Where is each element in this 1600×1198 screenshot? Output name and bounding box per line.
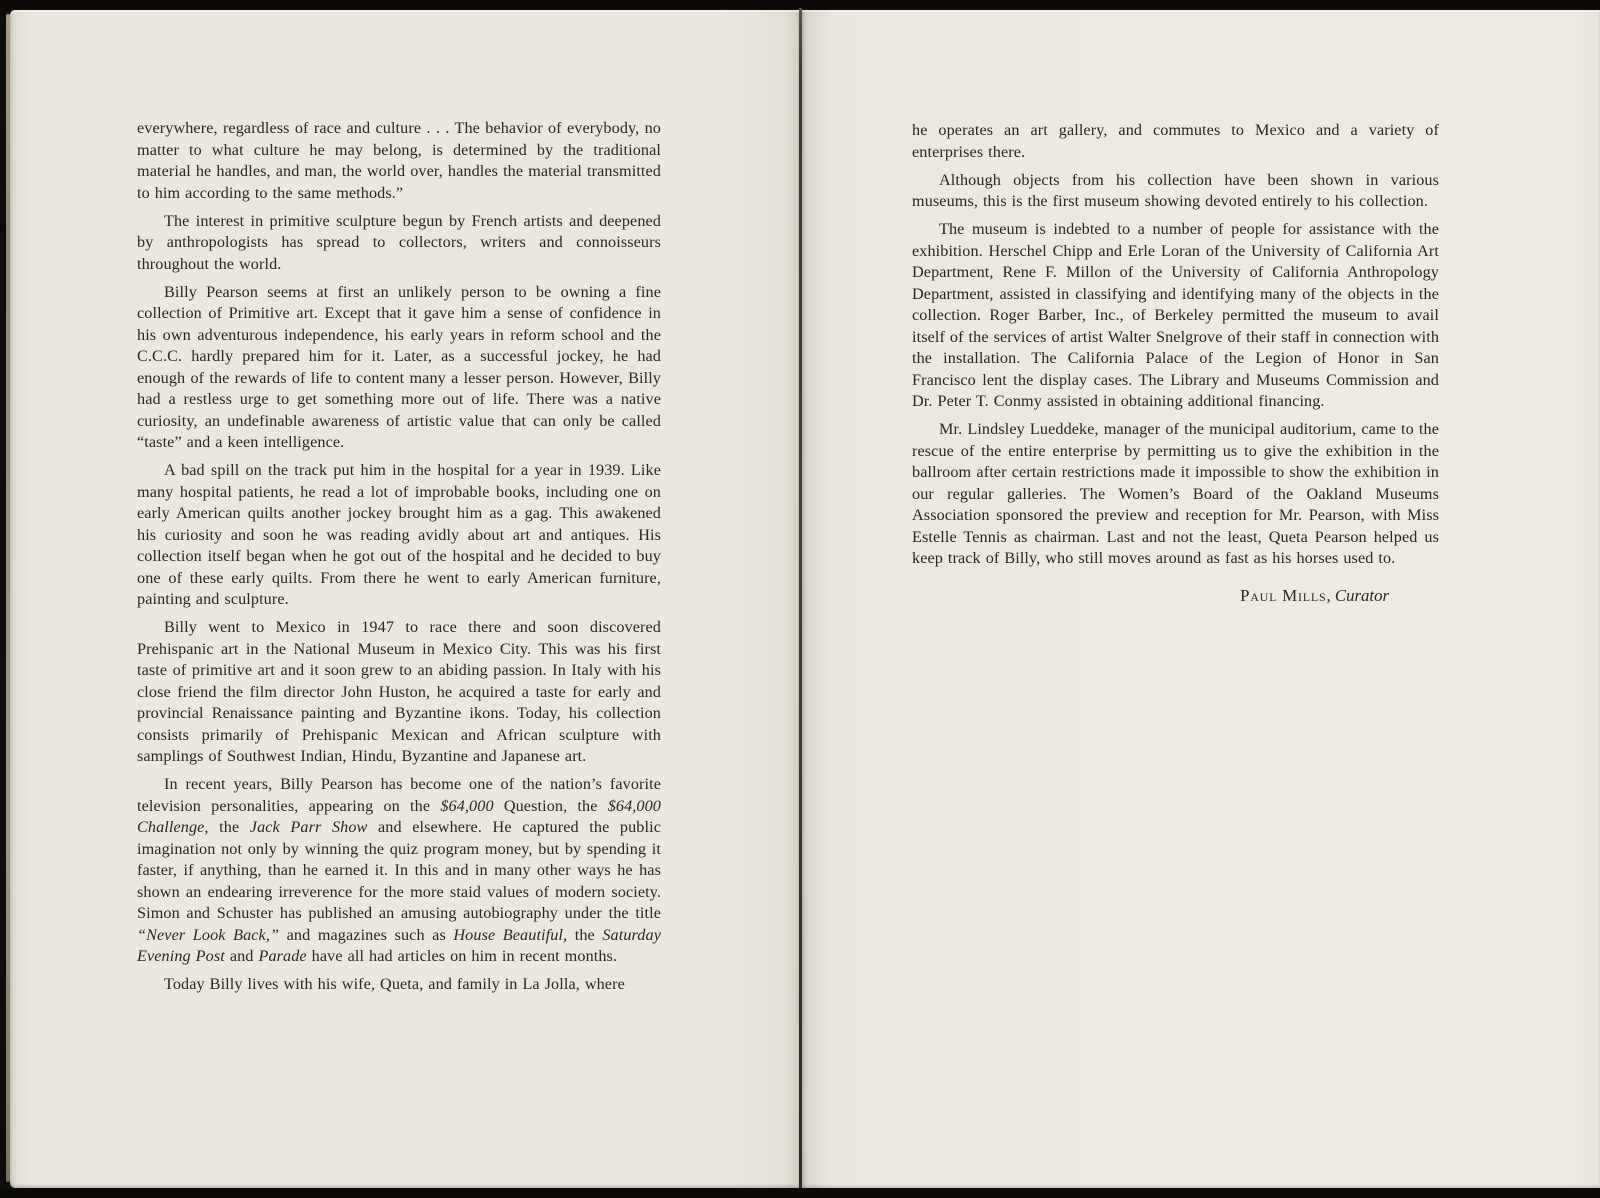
left-page: everywhere, regardless of race and cultu…: [10, 10, 799, 1188]
paragraph: The interest in primitive sculpture begu…: [137, 211, 661, 276]
paragraph: Today Billy lives with his wife, Queta, …: [137, 974, 661, 996]
paragraph: everywhere, regardless of race and cultu…: [137, 118, 661, 204]
signature-separator: ,: [1327, 586, 1335, 605]
paragraph: Billy went to Mexico in 1947 to race the…: [137, 617, 661, 768]
paragraph: Billy Pearson seems at first an unlikely…: [137, 282, 661, 454]
paragraph: Mr. Lindsley Lueddeke, manager of the mu…: [912, 419, 1439, 570]
curator-name: Paul Mills: [1240, 586, 1326, 605]
paragraph: The museum is indebted to a number of pe…: [912, 219, 1439, 413]
right-page-text: he operates an art gallery, and commutes…: [912, 120, 1439, 606]
paragraph: A bad spill on the track put him in the …: [137, 460, 661, 611]
scan-edge-bottom: [0, 1188, 1600, 1198]
left-page-paragraphs: everywhere, regardless of race and cultu…: [137, 118, 661, 996]
left-page-text: everywhere, regardless of race and cultu…: [137, 118, 661, 1002]
paragraph: Although objects from his collection hav…: [912, 170, 1439, 213]
right-page-paragraphs: he operates an art gallery, and commutes…: [912, 120, 1439, 570]
curator-signature: Paul Mills, Curator: [912, 586, 1439, 606]
right-page: he operates an art gallery, and commutes…: [802, 10, 1600, 1188]
paragraph: he operates an art gallery, and commutes…: [912, 120, 1439, 163]
paragraph: In recent years, Billy Pearson has becom…: [137, 774, 661, 968]
curator-title: Curator: [1335, 586, 1389, 605]
